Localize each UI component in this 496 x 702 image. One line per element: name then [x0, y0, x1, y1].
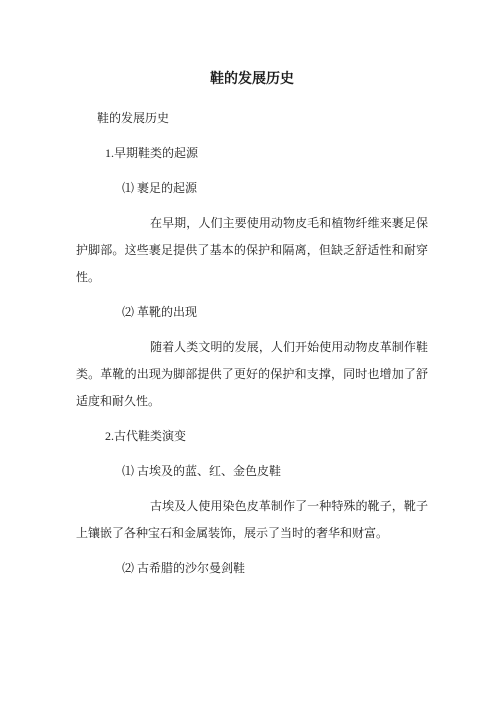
section-heading-2: 2.古代鞋类演变 — [76, 423, 428, 450]
document-page: 鞋的发展历史 鞋的发展历史 1.早期鞋类的起源 ⑴ 裹足的起源 在早期，人们主要… — [0, 0, 496, 702]
sub-item-2-2: ⑵ 古希腊的沙尔曼剑鞋 — [76, 555, 428, 582]
document-content: 鞋的发展历史 鞋的发展历史 1.早期鞋类的起源 ⑴ 裹足的起源 在早期，人们主要… — [0, 66, 496, 582]
body-paragraph: 古埃及人使用染色皮革制作了一种特殊的靴子，靴子上镶嵌了各种宝石和金属装饰，展示了… — [76, 493, 428, 547]
document-title: 鞋的发展历史 — [76, 66, 428, 90]
sub-item-1-2: ⑵ 革靴的出现 — [76, 299, 428, 326]
sub-item-1-1: ⑴ 裹足的起源 — [76, 175, 428, 202]
intro-line: 鞋的发展历史 — [76, 105, 428, 132]
sub-item-2-1: ⑴ 古埃及的蓝、红、金色皮鞋 — [76, 458, 428, 485]
section-heading-1: 1.早期鞋类的起源 — [76, 140, 428, 167]
body-paragraph: 在早期，人们主要使用动物皮毛和植物纤维来裹足保护脚部。这些裹足提供了基本的保护和… — [76, 210, 428, 291]
body-paragraph: 随着人类文明的发展，人们开始使用动物皮革制作鞋类。革靴的出现为脚部提供了更好的保… — [76, 334, 428, 415]
